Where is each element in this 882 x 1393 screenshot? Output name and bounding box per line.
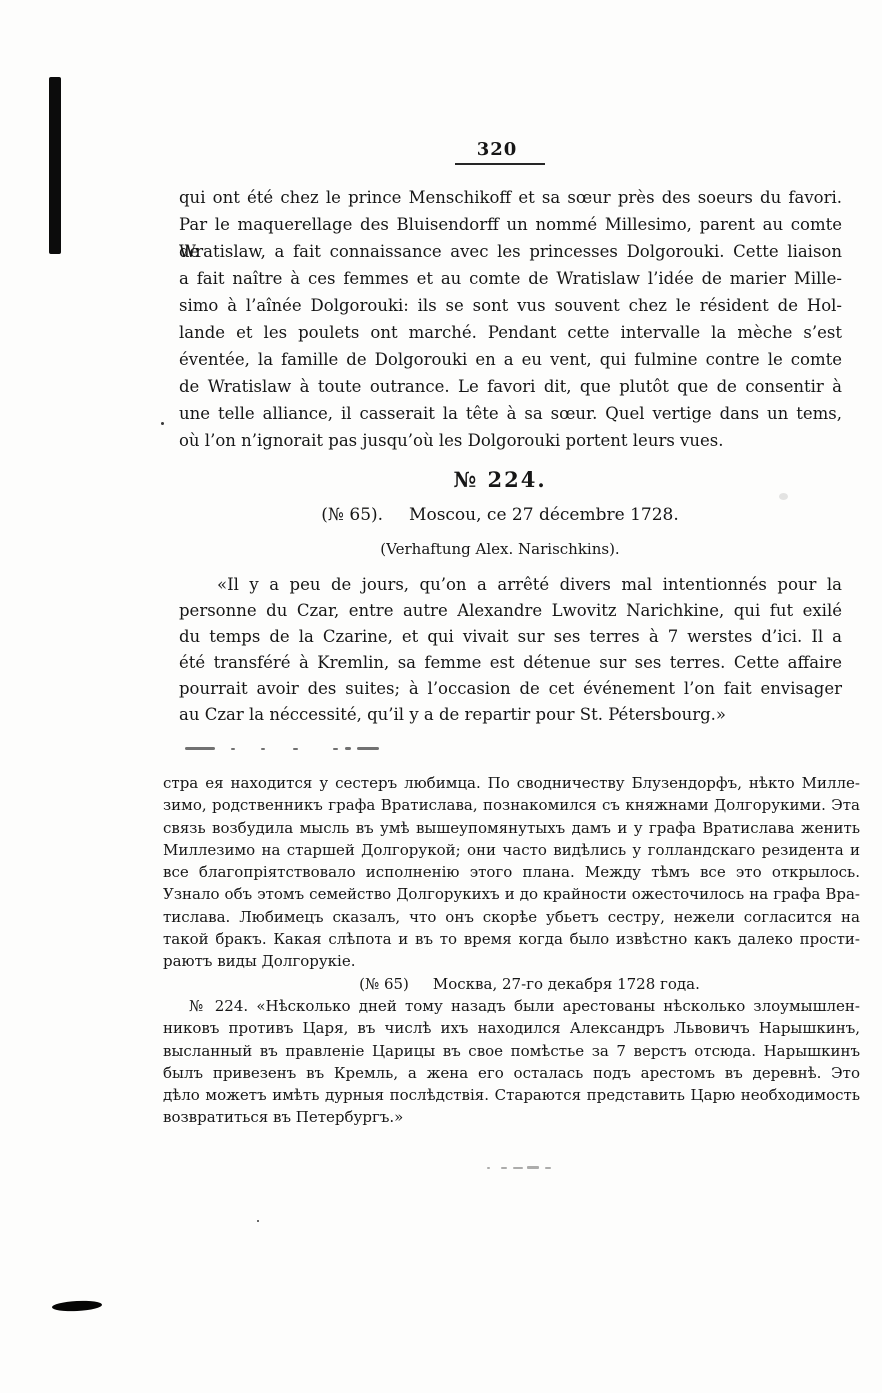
russian-dateline-ref: (№ 65) (359, 975, 409, 993)
french-text-line: lande et les poulets ont marché. Pendant… (179, 319, 842, 346)
russian-line: раютъ виды Долгорукіе. (163, 950, 860, 972)
russian-line: все благопріятствовало исполненію этого … (163, 861, 860, 883)
quote-line: «Il y a peu de jours, qu’on a arrêté div… (179, 572, 842, 598)
russian-line: возвратиться въ Петербургъ.» (163, 1106, 860, 1128)
quote-line: pourrait avoir des suites; à l’occasion … (179, 676, 842, 702)
entry-number-heading: № 224. (160, 467, 840, 492)
french-text-line: Wratislaw, a fait connaissance avec les … (179, 238, 842, 265)
french-text-line: qui ont été chez le prince Menschikoff e… (179, 184, 842, 211)
russian-dateline: (№ 65)Москва, 27-го декабря 1728 года. (163, 973, 860, 995)
scan-artifact-separator-dashes (185, 745, 445, 751)
page-number: 320 (451, 139, 543, 160)
french-text-line: a fait naître à ces femmes et au comte d… (179, 265, 842, 292)
russian-line: зимо, родственникъ графа Вратислава, поз… (163, 794, 860, 816)
scan-artifact-bottom-blob (52, 1300, 102, 1313)
russian-footnote: стра ея находится у сестеръ любимца. По … (163, 772, 860, 1129)
scan-artifact-faint-dashes (487, 1164, 557, 1172)
page-number-rule (455, 163, 545, 165)
french-text-line: où l’on n’ignorait pas jusqu’où les Dolg… (179, 427, 842, 454)
russian-line: связь возбудила мысль въ умѣ вышеупомяну… (163, 817, 860, 839)
scan-artifact-smudge (779, 493, 788, 500)
entry-annotation: (Verhaftung Alex. Narischkins). (160, 540, 840, 558)
french-text-line: simo à l’aînée Dolgorouki: ils se sont v… (179, 292, 842, 319)
french-text-line: éventée, la famille de Dolgorouki en a e… (179, 346, 842, 373)
quote-line: au Czar la néccessité, qu’il y a de repa… (179, 702, 842, 728)
french-text-line: de Wratislaw à toute outrance. Le favori… (179, 373, 842, 400)
russian-line: высланный въ правленіе Царицы въ свое по… (163, 1040, 860, 1062)
russian-line: былъ привезенъ въ Кремль, а жена его ост… (163, 1062, 860, 1084)
russian-line: Миллезимо на старшей Долгорукой; они час… (163, 839, 860, 861)
french-paragraph: qui ont été chez le prince Menschikoff e… (179, 184, 842, 454)
scan-artifact-speck (161, 422, 164, 425)
entry-dateline-ref: (№ 65). (321, 505, 383, 525)
russian-line: Узнало объ этомъ семейство Долгорукихъ и… (163, 883, 860, 905)
quote-line: personne du Czar, entre autre Alexandre … (179, 598, 842, 624)
russian-line: стра ея находится у сестеръ любимца. По … (163, 772, 860, 794)
scanned-book-page: 320 qui ont été chez le prince Menschiko… (0, 0, 882, 1393)
quote-line: été transféré à Kremlin, sa femme est dé… (179, 650, 842, 676)
quote-line: du temps de la Czarine, et qui vivait su… (179, 624, 842, 650)
russian-line: такой бракъ. Какая слѣпота и въ то время… (163, 928, 860, 950)
entry-dateline-text: Moscou, ce 27 décembre 1728. (409, 505, 679, 525)
scan-artifact-binding-bar (49, 77, 61, 254)
russian-line: тислава. Любимецъ сказалъ, что онъ скорѣ… (163, 906, 860, 928)
french-text-line: une telle alliance, il casserait la tête… (179, 400, 842, 427)
entry-dateline: (№ 65).Moscou, ce 27 décembre 1728. (160, 505, 840, 525)
scan-artifact-speck (257, 1220, 259, 1222)
russian-line: никовъ противъ Царя, въ числѣ ихъ находи… (163, 1017, 860, 1039)
french-text-line: Par le maquerellage des Bluisendorff un … (179, 211, 842, 238)
russian-line: дѣло можетъ имѣть дурныя послѣдствія. Ст… (163, 1084, 860, 1106)
quote-paragraph: «Il y a peu de jours, qu’on a arrêté div… (179, 572, 842, 728)
russian-dateline-text: Москва, 27-го декабря 1728 года. (433, 975, 700, 993)
russian-line: № 224. «Нѣсколько дней тому назадъ были … (163, 995, 860, 1017)
